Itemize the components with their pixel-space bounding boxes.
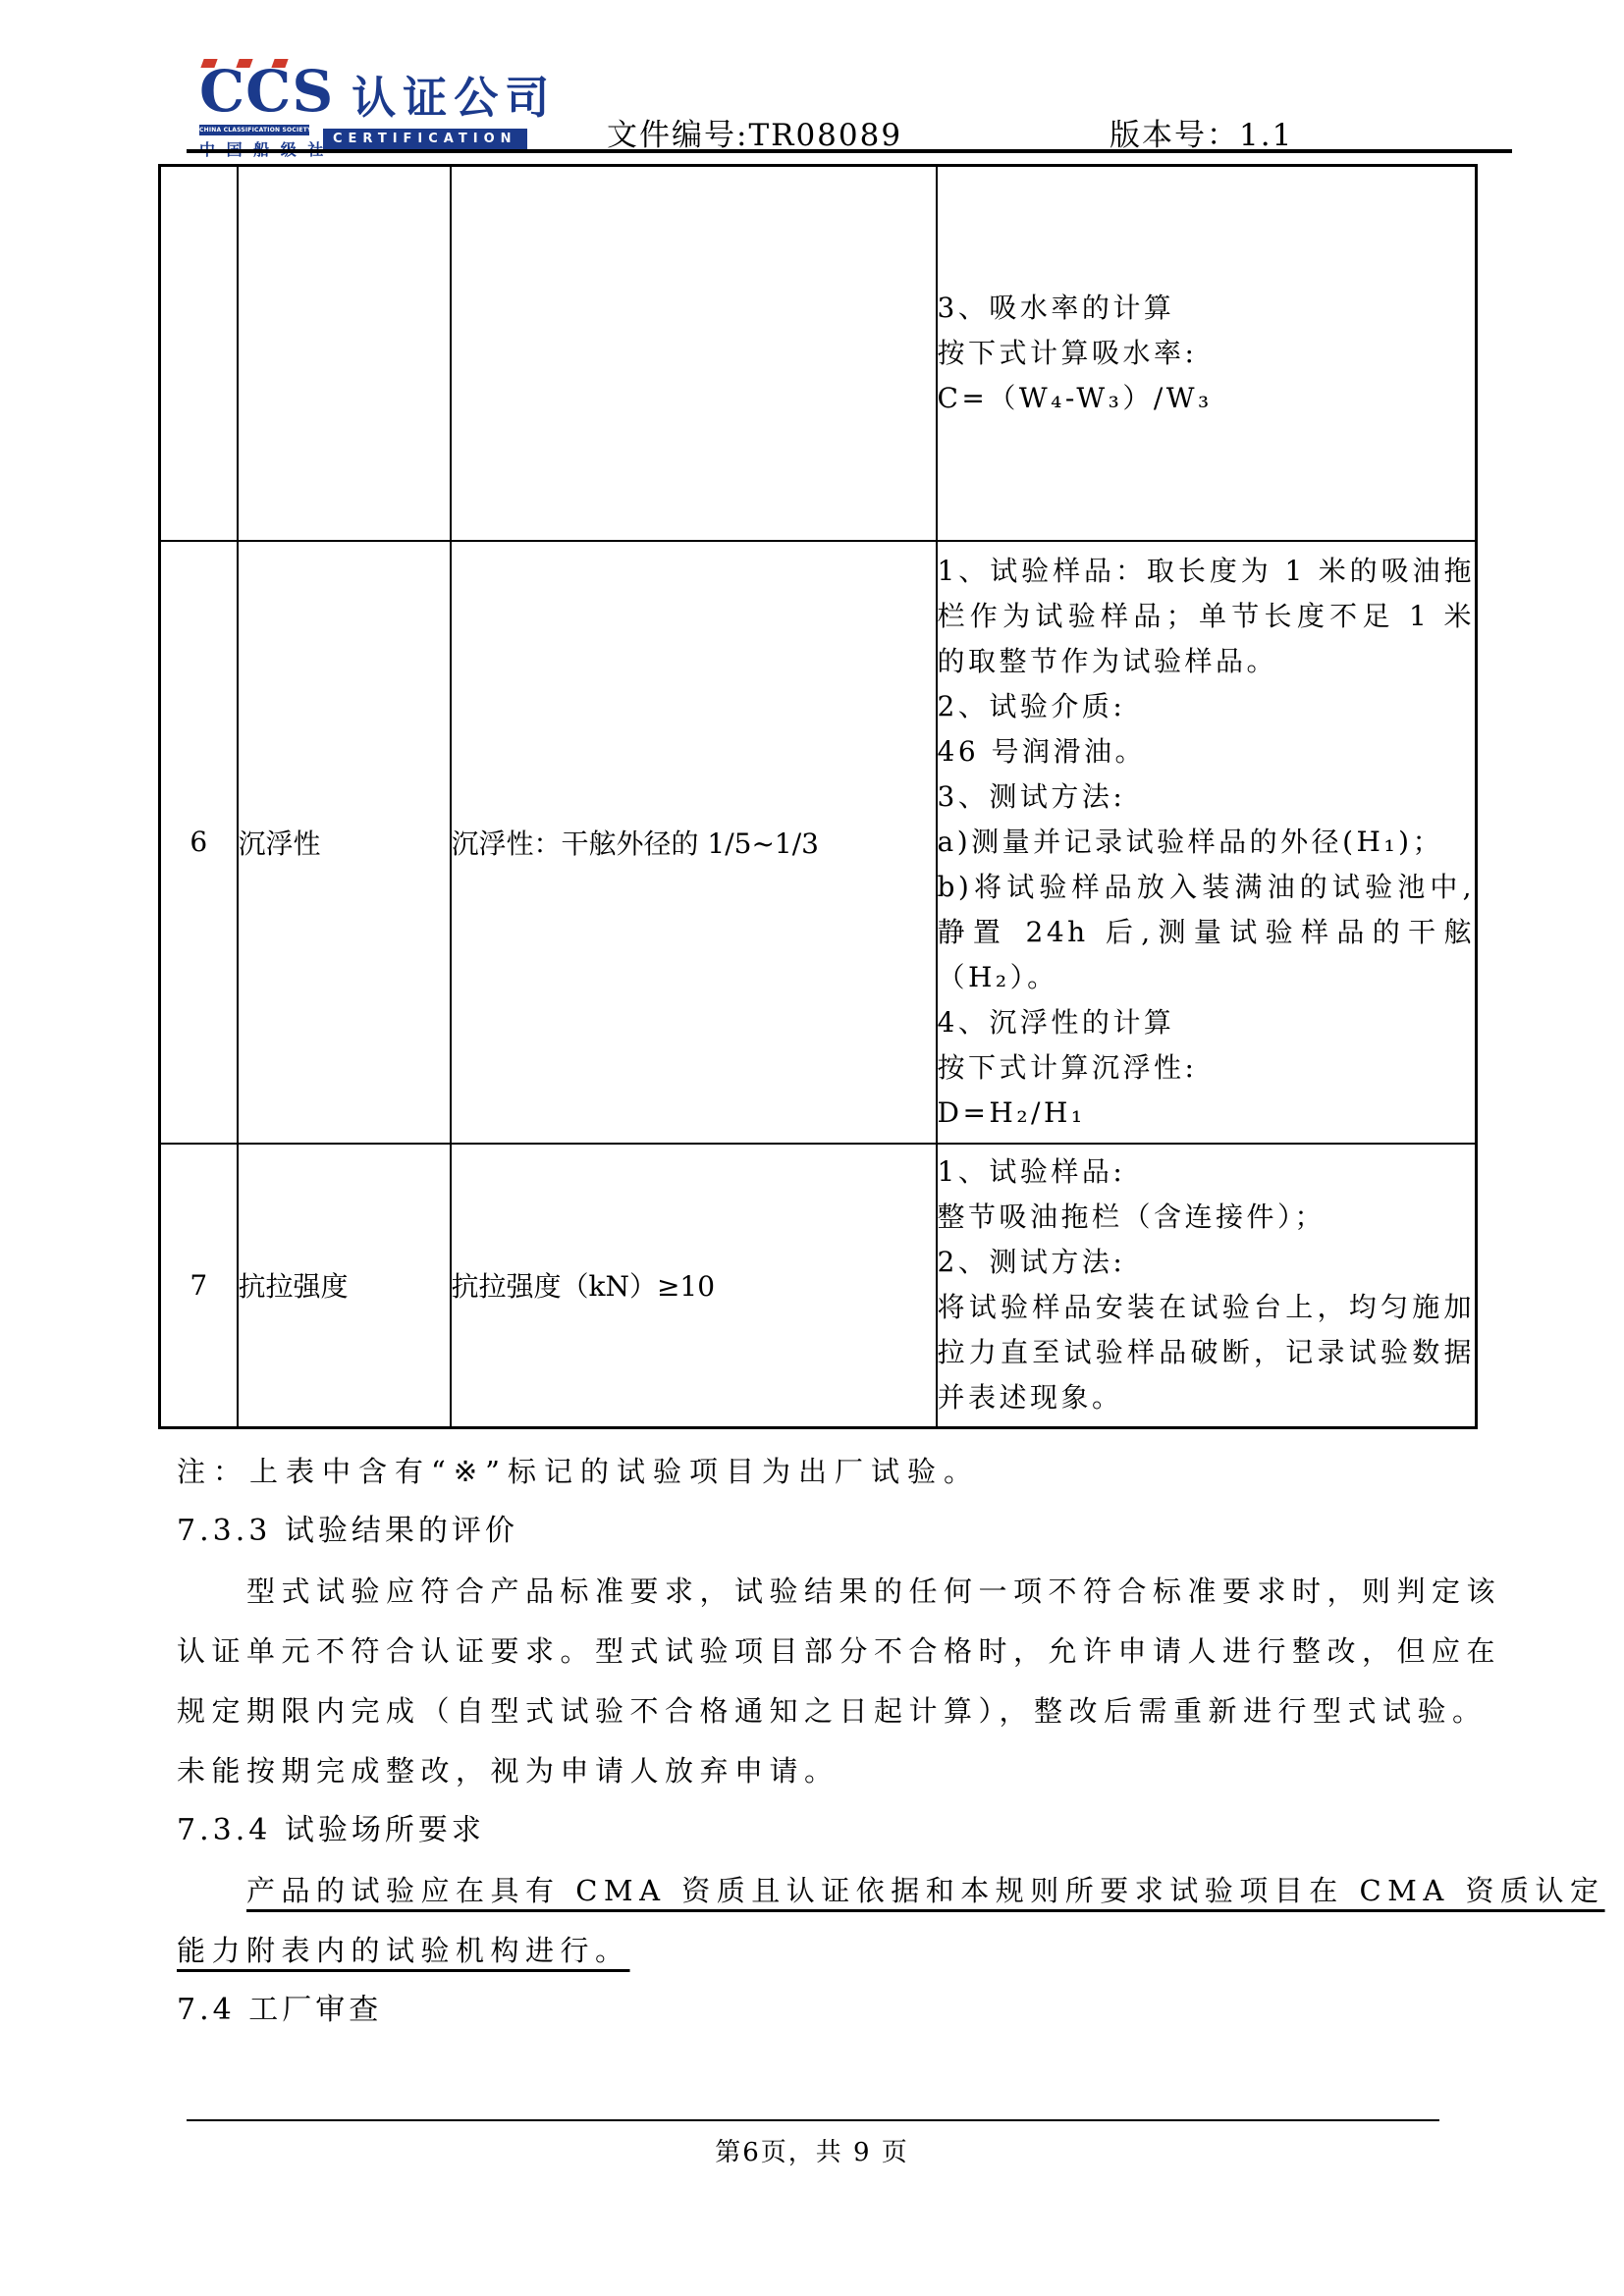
- requirement-cell: [451, 166, 937, 541]
- text-line: 整节吸油拖栏（含连接件）；: [938, 1195, 1476, 1240]
- text-line: 未能按期完成整改，视为申请人放弃申请。: [177, 1754, 1512, 1814]
- text-line: 将试验样品安装在试验台上，均匀施加拉力直至试验样品破断，记录试验数据并表述现象。: [938, 1285, 1476, 1420]
- text-line: 型式试验应符合产品标准要求，试验结果的任何一项不符合标准要求时，则判定该: [177, 1575, 1512, 1634]
- text-line: 1、试验样品：取长度为 1 米的吸油拖栏作为试验样品；单节长度不足 1 米的取整…: [938, 549, 1476, 684]
- section-733-paragraph: 型式试验应符合产品标准要求，试验结果的任何一项不符合标准要求时，则判定该认证单元…: [177, 1575, 1512, 1814]
- section-734-paragraph: 产品的试验应在具有 CMA 资质且认证依据和本规则所要求试验项目在 CMA 资质…: [177, 1874, 1512, 1994]
- company-name: 认证公司: [352, 76, 556, 120]
- ccs-wordmark: CCS: [199, 63, 334, 120]
- text-line: 4、沉浮性的计算: [938, 1000, 1476, 1045]
- section-74-title: 7.4 工厂审查: [177, 1994, 1512, 2054]
- table-row: 6 沉浮性 沉浮性：干舷外径的 1/5~1/3 1、试验样品：取长度为 1 米的…: [160, 541, 1477, 1144]
- test-item-cell: 沉浮性: [238, 541, 451, 1144]
- test-item-cell: [238, 166, 451, 541]
- section-733-title: 7.3.3 试验结果的评价: [177, 1515, 1512, 1575]
- certification-banner: CERTIFICATION: [323, 129, 527, 150]
- logo-top-row: CCS 认证公司: [199, 63, 556, 120]
- text-line: D=H₂/H₁: [938, 1091, 1476, 1136]
- test-item-cell: 抗拉强度: [238, 1144, 451, 1428]
- text-line: 2、测试方法:: [938, 1240, 1476, 1285]
- body-text-block: 注：上表中含有“※”标记的试验项目为出厂试验。 7.3.3 试验结果的评价 型式…: [177, 1455, 1512, 2054]
- text-line: 规定期限内完成（自型式试验不合格通知之日起计算），整改后需重新进行型式试验。: [177, 1694, 1512, 1754]
- test-method-cell: 1、试验样品:整节吸油拖栏（含连接件）；2、测试方法:将试验样品安装在试验台上，…: [937, 1144, 1477, 1428]
- method-lines: 1、试验样品：取长度为 1 米的吸油拖栏作为试验样品；单节长度不足 1 米的取整…: [938, 549, 1476, 1136]
- text-line: 46 号润滑油。: [938, 729, 1476, 774]
- table-row: 3、吸水率的计算按下式计算吸水率:C=（W₄-W₃）/W₃: [160, 166, 1477, 541]
- method-lines: 1、试验样品:整节吸油拖栏（含连接件）；2、测试方法:将试验样品安装在试验台上，…: [938, 1149, 1476, 1420]
- row-number-cell: 6: [160, 541, 238, 1144]
- text-line: 3、测试方法:: [938, 774, 1476, 820]
- logo-bottom-row: CHINA CLASSIFICATION SOCIETY 中 国 船 级 社 C…: [199, 125, 556, 160]
- requirement-cell: 沉浮性：干舷外径的 1/5~1/3: [451, 541, 937, 1144]
- method-lines: 3、吸水率的计算按下式计算吸水率:C=（W₄-W₃）/W₃: [938, 286, 1476, 421]
- document-number: 文件编号:TR08089: [607, 110, 902, 154]
- table-note: 注：上表中含有“※”标记的试验项目为出厂试验。: [177, 1455, 1512, 1515]
- society-en-banner: CHINA CLASSIFICATION SOCIETY: [199, 125, 309, 135]
- text-line: 2、试验介质:: [938, 684, 1476, 729]
- text-line: 产品的试验应在具有 CMA 资质且认证依据和本规则所要求试验项目在 CMA 资质…: [177, 1874, 1512, 1934]
- test-method-cell: 1、试验样品：取长度为 1 米的吸油拖栏作为试验样品；单节长度不足 1 米的取整…: [937, 541, 1477, 1144]
- table-row: 7 抗拉强度 抗拉强度（kN）≥10 1、试验样品:整节吸油拖栏（含连接件）；2…: [160, 1144, 1477, 1428]
- society-block: CHINA CLASSIFICATION SOCIETY 中 国 船 级 社: [199, 125, 309, 160]
- document-page: CCS 认证公司 CHINA CLASSIFICATION SOCIETY 中 …: [0, 0, 1624, 2296]
- footer-rule: [187, 2119, 1439, 2121]
- row-number-cell: [160, 166, 238, 541]
- row-number-cell: 7: [160, 1144, 238, 1428]
- text-line: C=（W₄-W₃）/W₃: [938, 376, 1476, 421]
- requirement-cell: 抗拉强度（kN）≥10: [451, 1144, 937, 1428]
- version-number: 版本号：1.1: [1110, 110, 1293, 154]
- text-line: 能力附表内的试验机构进行。: [177, 1934, 1512, 1994]
- text-line: b)将试验样品放入装满油的试验池中,静置 24h 后,测量试验样品的干舷（H₂）…: [938, 865, 1476, 1000]
- text-line: 1、试验样品:: [938, 1149, 1476, 1195]
- test-method-cell: 3、吸水率的计算按下式计算吸水率:C=（W₄-W₃）/W₃: [937, 166, 1477, 541]
- section-734-title: 7.3.4 试验场所要求: [177, 1814, 1512, 1874]
- text-line: a)测量并记录试验样品的外径(H₁)；: [938, 820, 1476, 865]
- text-line: 认证单元不符合认证要求。型式试验项目部分不合格时，允许申请人进行整改，但应在: [177, 1634, 1512, 1694]
- ccs-letters: CCS: [199, 58, 334, 125]
- test-items-table: 3、吸水率的计算按下式计算吸水率:C=（W₄-W₃）/W₃ 6 沉浮性 沉浮性：…: [158, 164, 1478, 1429]
- text-line: 3、吸水率的计算: [938, 286, 1476, 331]
- page-number: 第6页，共 9 页: [0, 2132, 1624, 2168]
- text-line: 按下式计算沉浮性:: [938, 1045, 1476, 1091]
- ccs-logo: CCS 认证公司 CHINA CLASSIFICATION SOCIETY 中 …: [199, 63, 556, 160]
- text-line: 按下式计算吸水率:: [938, 331, 1476, 376]
- header-rule: [187, 149, 1512, 153]
